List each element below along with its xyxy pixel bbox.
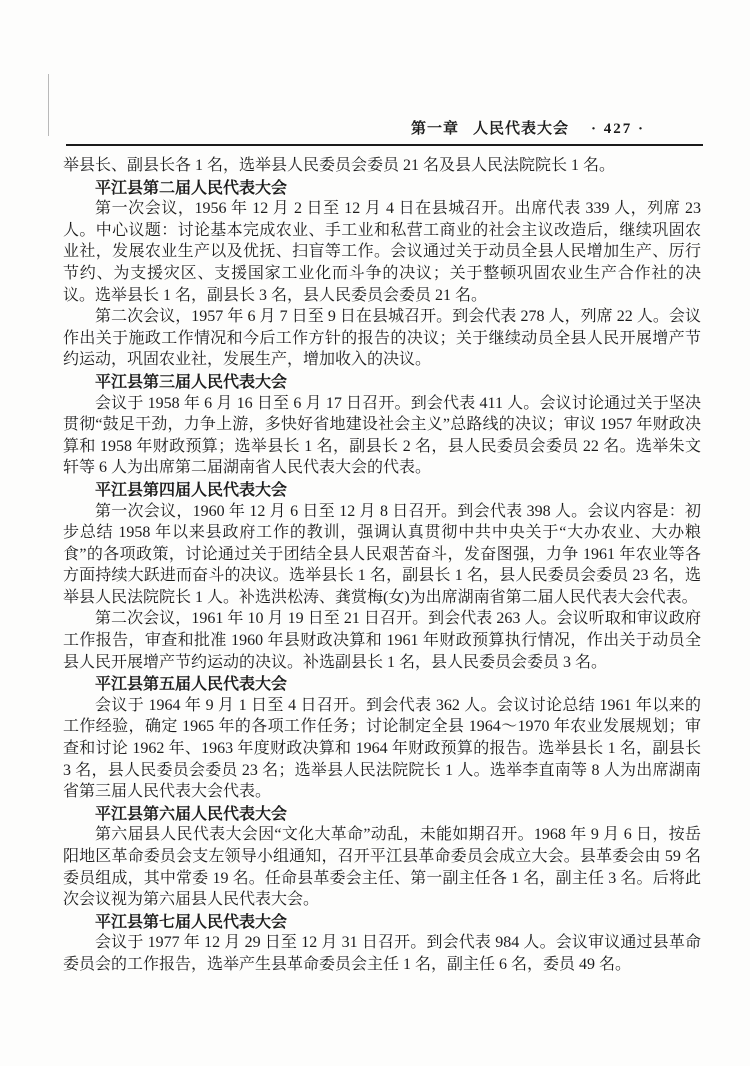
section-title: 人民代表大会 (473, 119, 569, 137)
congress-heading: 平江县第四届人民代表大会 (63, 479, 701, 501)
page-header: 第一章人民代表大会· 427 · (63, 117, 645, 138)
body-paragraph: 第一次会议，1956 年 12 月 2 日至 12 月 4 日在县城召开。出席代… (63, 198, 701, 306)
congress-heading: 平江县第二届人民代表大会 (63, 177, 701, 199)
congress-heading: 平江县第六届人民代表大会 (63, 803, 701, 825)
document-page: 第一章人民代表大会· 427 · 举县长、副县长各 1 名，选举县人民委员会委员… (0, 0, 750, 1066)
page-body: 举县长、副县长各 1 名，选举县人民委员会委员 21 名及县人民法院院长 1 名… (63, 155, 701, 976)
congress-heading: 平江县第五届人民代表大会 (63, 673, 701, 695)
scan-edge-artifact (48, 74, 49, 136)
congress-heading: 平江县第七届人民代表大会 (63, 911, 701, 933)
body-paragraph: 第六届县人民代表大会因“文化大革命”动乱，未能如期召开。1968 年 9 月 6… (63, 824, 701, 910)
congress-heading: 平江县第三届人民代表大会 (63, 371, 701, 393)
body-paragraph: 第二次会议，1957 年 6 月 7 日至 9 日在县城召开。到会代表 278 … (63, 306, 701, 371)
body-paragraph: 会议于 1964 年 9 月 1 日至 4 日召开。到会代表 362 人。会议讨… (63, 695, 701, 803)
header-rule (66, 144, 703, 146)
chapter-title: 第一章 (411, 119, 459, 137)
body-paragraph: 会议于 1977 年 12 月 29 日至 12 月 31 日召开。到会代表 9… (63, 932, 701, 975)
body-paragraph: 举县长、副县长各 1 名，选举县人民委员会委员 21 名及县人民法院院长 1 名… (63, 155, 701, 177)
body-paragraph: 第二次会议，1961 年 10 月 19 日至 21 日召开。到会代表 263 … (63, 608, 701, 673)
body-paragraph: 第一次会议，1960 年 12 月 6 日至 12 月 8 日召开。到会代表 3… (63, 501, 701, 609)
page-number: · 427 · (591, 121, 645, 137)
body-paragraph: 会议于 1958 年 6 月 16 日至 6 月 17 日召开。到会代表 411… (63, 393, 701, 479)
